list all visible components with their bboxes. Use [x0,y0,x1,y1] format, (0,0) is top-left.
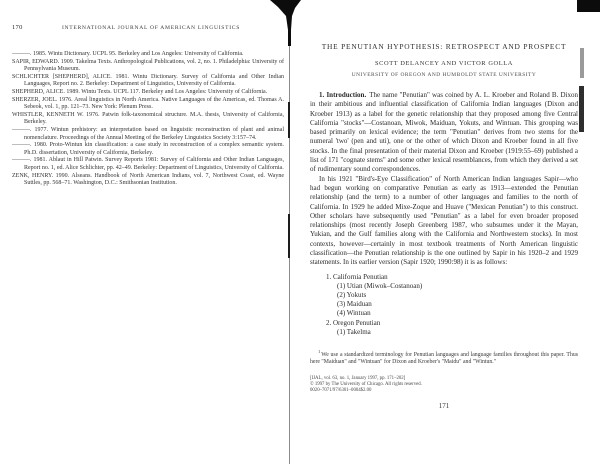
outline-item: 1. California Penutian [326,273,578,282]
references-list: ———. 1985. Wintu Dictionary. UCPL 95. Be… [12,51,284,188]
reference-entry: ———. 1980. Proto-Wintun kin classificati… [12,142,284,157]
outline-item: (3) Maiduan [337,300,578,309]
outline-item: (4) Wintuan [337,309,578,318]
left-page-number: 170 [12,24,23,31]
section-heading: 1. Introduction. [319,91,366,99]
journal-colophon: [IJAL, vol. 63, no. 1, January 1997, pp.… [310,376,578,395]
binding-gutter-shadow [288,102,290,138]
colophon-line: 0020–7071/97/6301–0004$2.00 [310,388,578,394]
reference-entry: ———. 1985. Wintu Dictionary. UCPL 95. Be… [12,51,284,59]
footnote: 1We use a standardized terminology for P… [310,348,578,367]
binding-gutter-shadow [288,214,290,258]
page-edge-shadow [580,48,584,78]
outline-item: 2. Oregon Penutian [326,319,578,328]
outline-item: (2) Yokuts [337,291,578,300]
body-paragraph: In his 1921 "Bird's-Eye Classification" … [310,175,578,268]
outline-item: (1) Takelma [337,328,578,337]
reference-entry: WHISTLER, KENNETH W. 1976. Patwin folk-t… [12,112,284,127]
outline-item: (1) Utian (Miwok–Costanoan) [337,282,578,291]
right-page-number: 171 [310,402,578,410]
reference-entry: SHEPHERD, ALICE. 1989. Wintu Texts. UCPL… [12,89,284,97]
reference-entry: SHERZER, JOEL. 1976. Areal linguistics i… [12,97,284,112]
reference-entry: ———. 1977. Wintun prehistory: an interpr… [12,127,284,142]
reference-entry: SAPIR, EDWARD. 1909. Takelma Texts. Anth… [12,59,284,74]
paragraph-text: The name "Penutian" was coined by A. L. … [310,91,578,173]
article-title: THE PENUTIAN HYPOTHESIS: RETROSPECT AND … [310,42,578,51]
footnote-text: We use a standardized terminology for Pe… [310,352,578,365]
article-affiliation: UNIVERSITY OF OREGON AND HUMBOLDT STATE … [310,72,578,78]
footnote-marker: 1 [318,349,320,354]
binding-shadow-wedge [266,0,302,46]
journal-running-head: INTERNATIONAL JOURNAL OF AMERICAN LINGUI… [36,25,266,31]
left-running-head: 170 INTERNATIONAL JOURNAL OF AMERICAN LI… [12,24,284,34]
scanned-journal-spread: 170 INTERNATIONAL JOURNAL OF AMERICAN LI… [0,0,600,464]
page-edge-shadow [577,0,600,12]
page-edge-shadow [579,86,584,132]
article-authors: SCOTT DELANCEY AND VICTOR GOLLA [310,60,578,67]
classification-outline: 1. California Penutian (1) Utian (Miwok–… [326,273,578,337]
reference-entry: ZENK, HENRY. 1990. Alseans. Handbook of … [12,173,284,188]
intro-paragraph: 1. Introduction.The name "Penutian" was … [310,91,578,175]
right-page: THE PENUTIAN HYPOTHESIS: RETROSPECT AND … [310,42,578,410]
left-page: 170 INTERNATIONAL JOURNAL OF AMERICAN LI… [12,24,284,188]
reference-entry: ———. 1981. Ablaut in Hill Patwin. Survey… [12,157,284,172]
reference-entry: SCHLICHTER [SHEPHERD], ALICE. 1981. Wint… [12,74,284,89]
